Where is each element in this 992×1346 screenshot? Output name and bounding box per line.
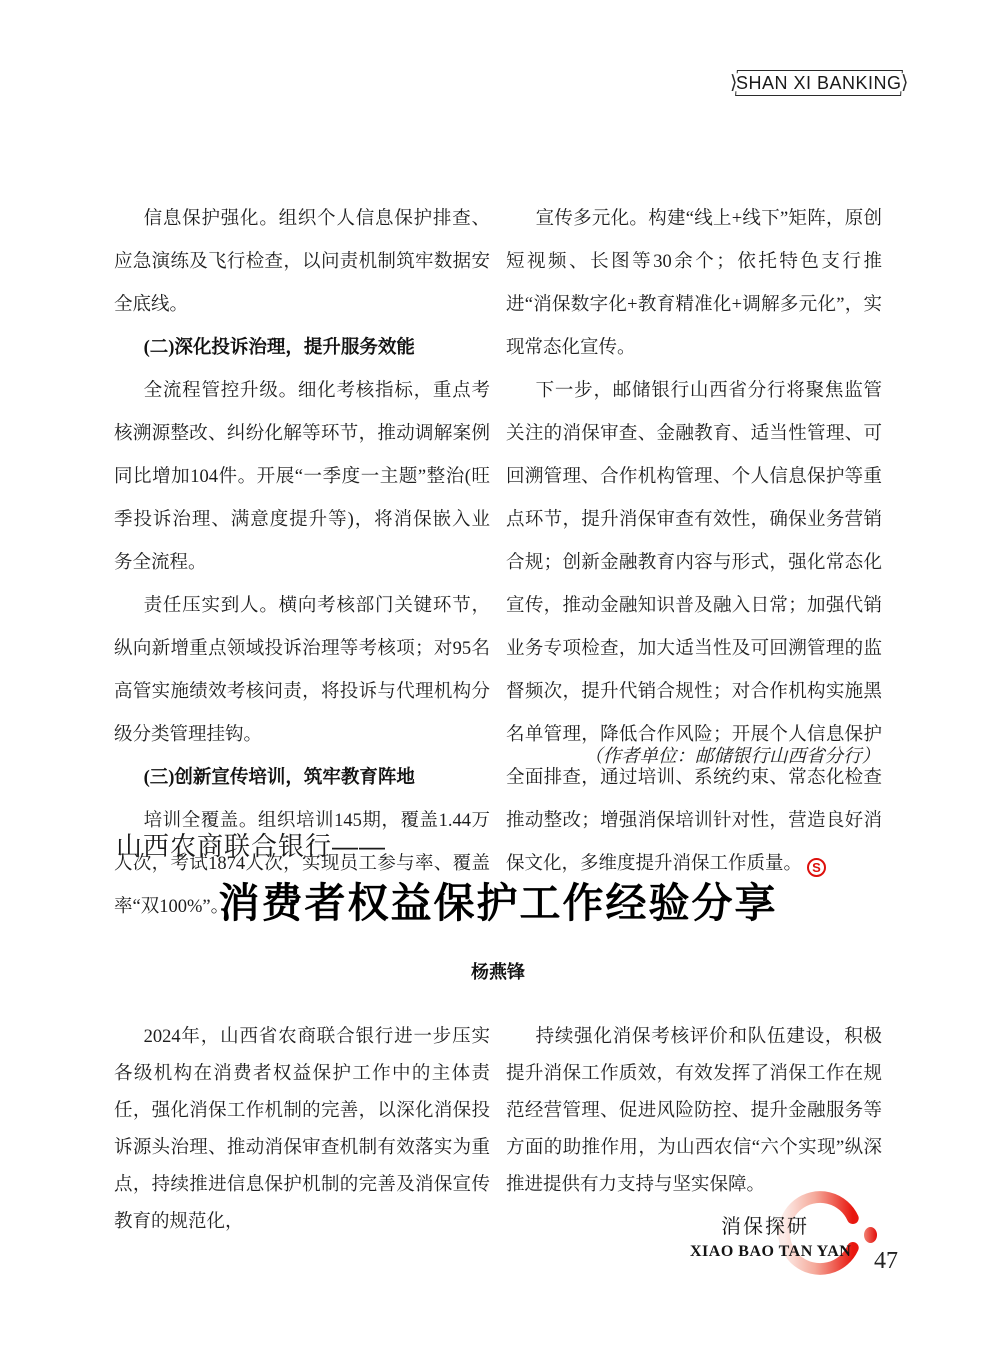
column-name-chinese: 消保探研 — [690, 1210, 840, 1239]
article1-right-column: 宣传多元化。构建“线上+线下”矩阵，原创短视频、长图等30余个；依托特色支行推进… — [506, 198, 882, 886]
article2-title: 消费者权益保护工作经验分享 — [116, 870, 880, 929]
column-name-pinyin: XIAO BAO TAN YAN — [690, 1243, 840, 1261]
paragraph: 2024年，山西省农商联合银行进一步压实各级机构在消费者权益保护工作中的主体责任… — [114, 1019, 490, 1241]
paragraph: 宣传多元化。构建“线上+线下”矩阵，原创短视频、长图等30余个；依托特色支行推进… — [506, 198, 882, 370]
article2-left-column: 2024年，山西省农商联合银行进一步压实各级机构在消费者权益保护工作中的主体责任… — [114, 1019, 490, 1241]
article2-kicker: 山西农商联合银行—— — [116, 826, 386, 863]
author-affiliation: （作者单位：邮储银行山西省分行） — [506, 742, 880, 768]
subheading-3: (三)创新宣传培训，筑牢教育阵地 — [114, 757, 490, 800]
paragraph: 下一步，邮储银行山西省分行将聚焦监管关注的消保审查、金融教育、适当性管理、可回溯… — [506, 370, 882, 886]
paragraph: 持续强化消保考核评价和队伍建设，积极提升消保工作质效，有效发挥了消保工作在规范经… — [506, 1019, 882, 1204]
paragraph: 全流程管控升级。细化考核指标，重点考核溯源整改、纠纷化解等环节，推动调解案例同比… — [114, 370, 490, 585]
article1-left-column: 信息保护强化。组织个人信息保护排查、应急演练及飞行检查，以问责机制筑牢数据安全底… — [114, 198, 490, 929]
paragraph: 信息保护强化。组织个人信息保护排查、应急演练及飞行检查，以问责机制筑牢数据安全底… — [114, 198, 490, 327]
magazine-page: ⟩ SHAN XI BANKING ⟩ 信息保护强化。组织个人信息保护排查、应急… — [0, 0, 992, 1346]
page-number: 47 — [874, 1248, 898, 1275]
paragraph: 责任压实到人。横向考核部门关键环节，纵向新增重点领域投诉治理等考核项；对95名高… — [114, 585, 490, 757]
article2-right-column: 持续强化消保考核评价和队伍建设，积极提升消保工作质效，有效发挥了消保工作在规范经… — [506, 1019, 882, 1204]
journal-banner: ⟩ SHAN XI BANKING ⟩ — [735, 70, 903, 96]
journal-name: SHAN XI BANKING — [736, 73, 902, 94]
red-dot-icon — [863, 1226, 878, 1244]
column-footer-label: 消保探研 XIAO BAO TAN YAN — [690, 1210, 840, 1261]
subheading-2: (二)深化投诉治理，提升服务效能 — [114, 327, 490, 370]
chevron-right-icon: ⟩ — [900, 73, 909, 91]
paragraph-text: 下一步，邮储银行山西省分行将聚焦监管关注的消保审查、金融教育、适当性管理、可回溯… — [506, 381, 882, 874]
article2-author: 杨燕锋 — [116, 958, 880, 984]
